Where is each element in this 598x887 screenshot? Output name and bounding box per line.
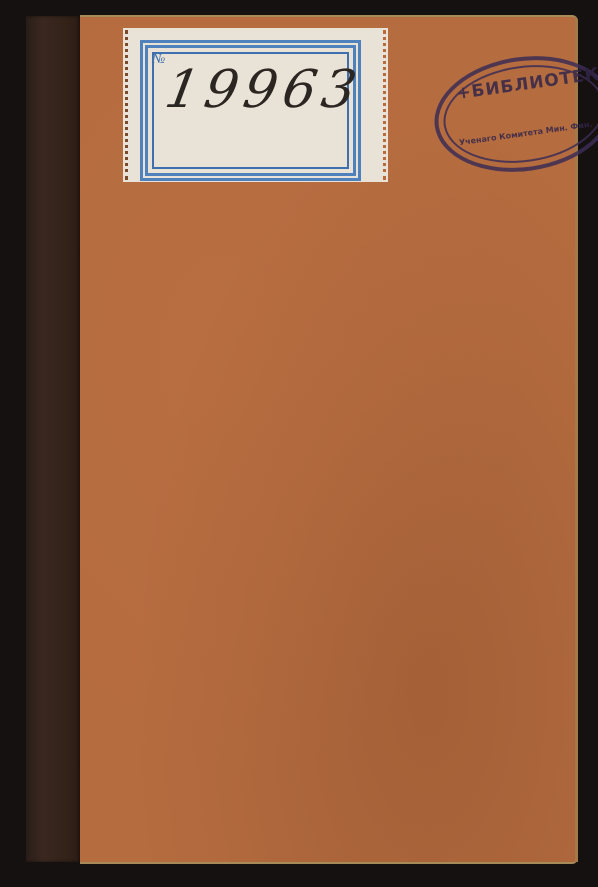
book-spine — [26, 16, 81, 862]
accession-label: № 19963 — [125, 30, 386, 180]
number-sign: № — [152, 52, 165, 68]
book: № 19963 +БИБЛИОТЕКА+ Ученаго Комитета Ми… — [26, 15, 582, 863]
library-stamp: +БИБЛИОТЕКА+ Ученаго Комитета Мин. Фин. — [427, 45, 598, 183]
front-cover: № 19963 +БИБЛИОТЕКА+ Ученаго Комитета Ми… — [80, 15, 578, 864]
accession-number: 19963 — [161, 60, 367, 120]
